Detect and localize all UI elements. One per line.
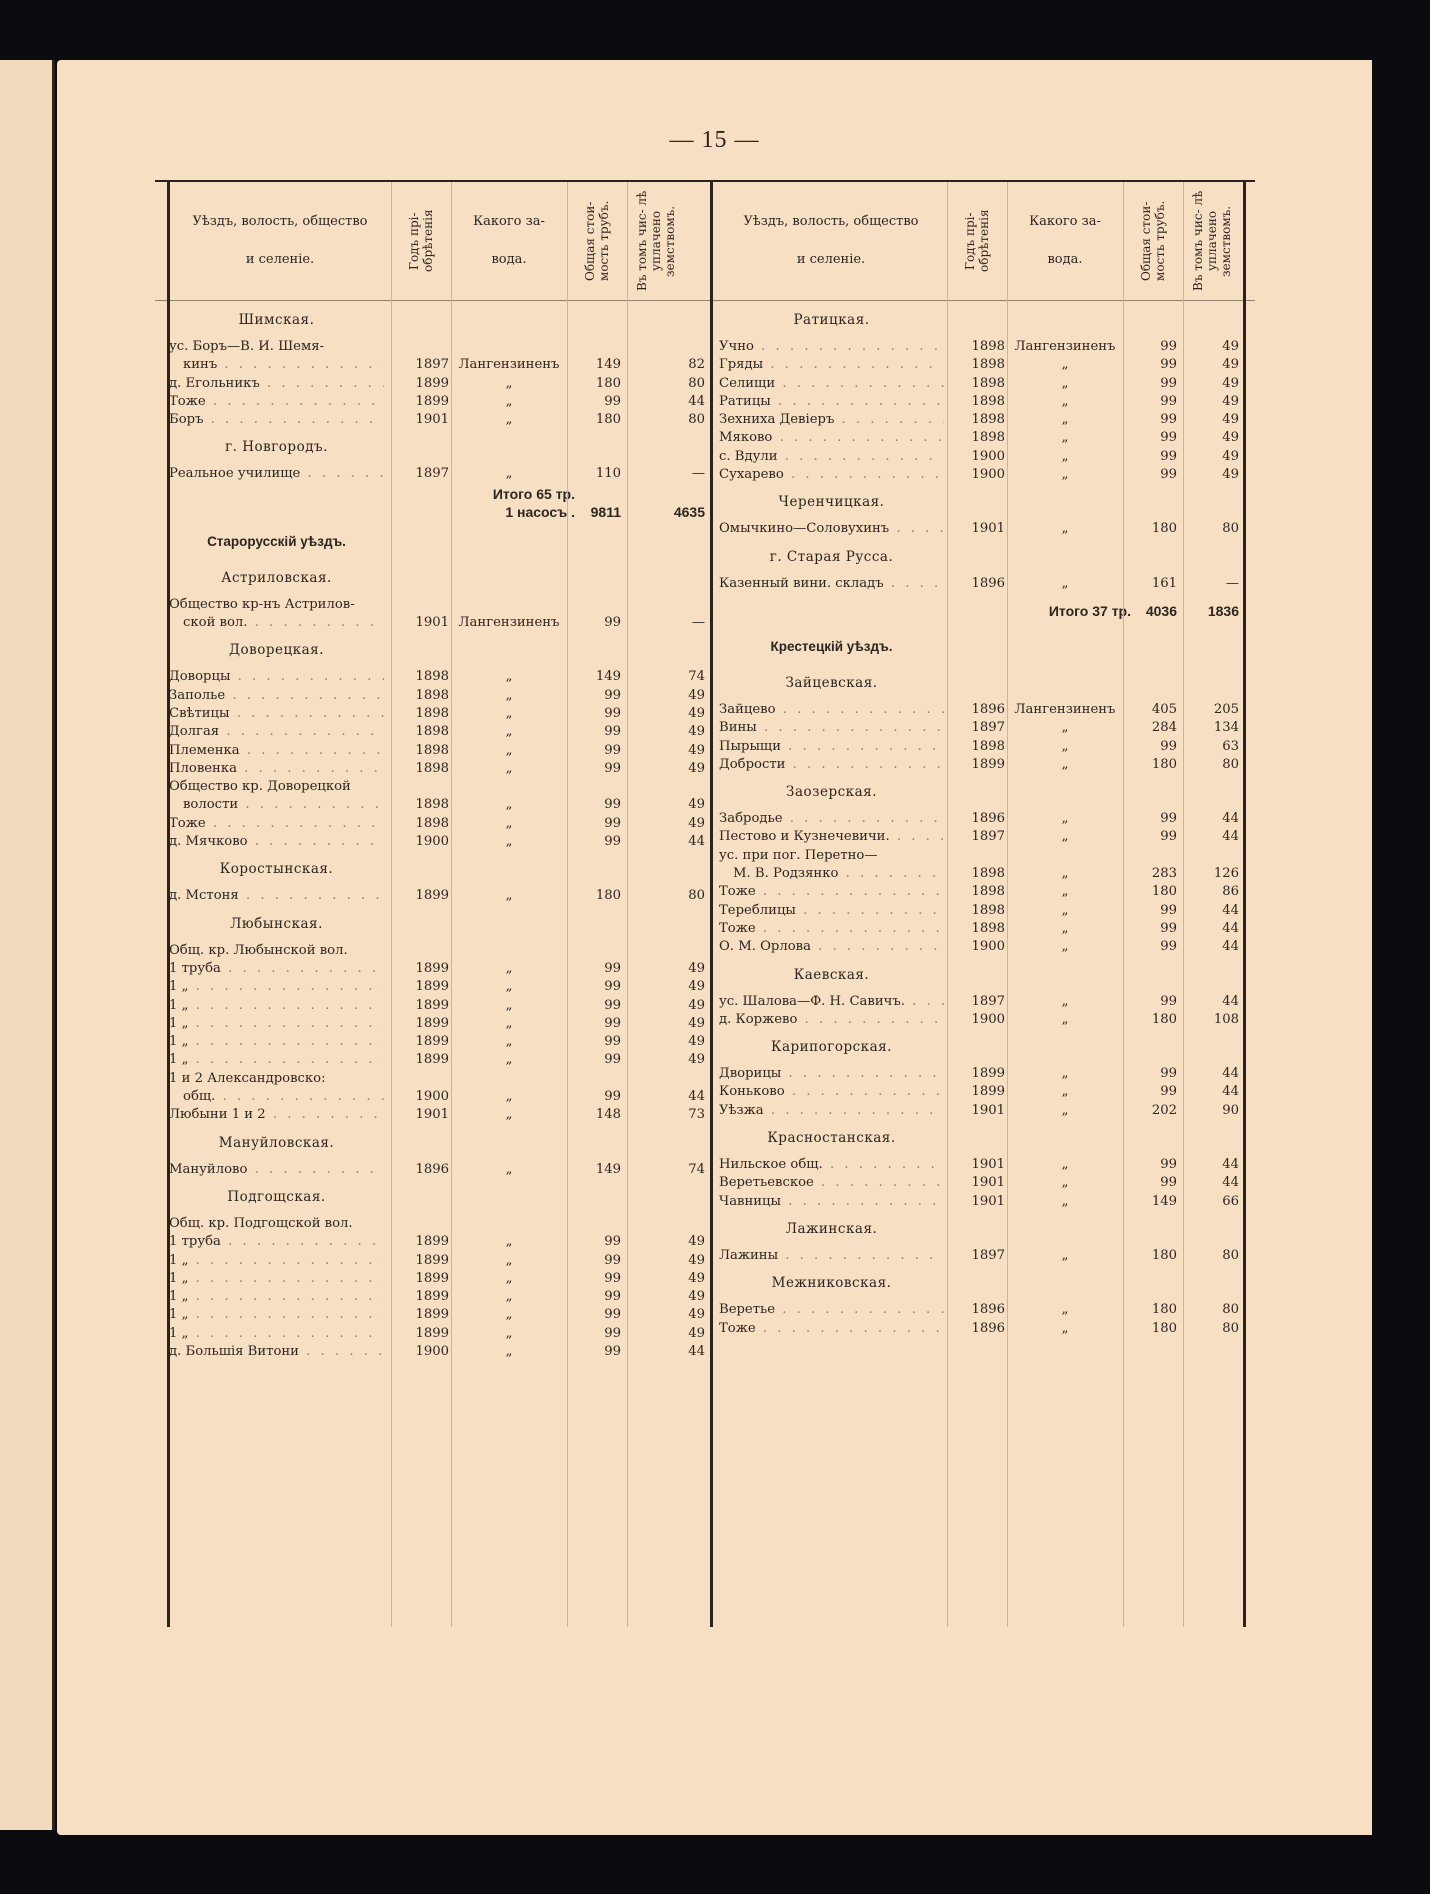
settlement-name: 1 „ . . . . . . . . . . . . . . . (169, 1270, 384, 1288)
year-cell: 1897 (947, 719, 1005, 737)
paid-cell: — (1183, 575, 1239, 593)
header-paid-col: Въ томъ чис- лѣ уплачено земствомъ. (1183, 182, 1241, 300)
year-cell: 1900 (391, 1088, 449, 1106)
paid-cell: 80 (627, 887, 705, 905)
table-row: ус. Боръ—В. И. Шемя- (155, 338, 715, 356)
cost-cell: 99 (1123, 810, 1177, 828)
table-row: Пырыщи . . . . . . . . . . . . . . .1898… (715, 738, 1255, 756)
year-cell: 1901 (947, 1174, 1005, 1192)
settlement-name: Общ. кр. Любынской вол. (169, 942, 384, 960)
settlement-name: общ. . . . . . . . . . . . . . . . (183, 1088, 384, 1106)
table-row: Тоже . . . . . . . . . . . . . . .1898„1… (715, 883, 1255, 901)
leader-dots: . . . . . . . . . . . . . . . (188, 1289, 384, 1304)
leader-dots: . . . . . . . . . . . . . . . (203, 412, 384, 427)
year-cell: 1900 (947, 1011, 1005, 1029)
paid-cell: 90 (1183, 1102, 1239, 1120)
factory-cell: Лангензиненъ (1009, 701, 1121, 719)
year-cell: 1898 (947, 356, 1005, 374)
leader-dots: . . . . . . . . . . . . . . . (247, 615, 384, 630)
leader-dots: . . . . . . . . . . . . . . . (814, 1175, 944, 1190)
paid-cell: 63 (1183, 738, 1239, 756)
cost-cell: 99 (1123, 1083, 1177, 1101)
factory-cell: „ (1009, 1320, 1121, 1338)
year-cell: 1898 (391, 687, 449, 705)
leader-dots: . . . . . . . . . . . . . . . (838, 866, 944, 881)
settlement-name: 1 „ . . . . . . . . . . . . . . . (169, 1288, 384, 1306)
volost-heading: Шимская. (155, 302, 384, 338)
header-text: вода. (1029, 241, 1101, 279)
settlement-name: Гряды . . . . . . . . . . . . . . . (719, 356, 944, 374)
table-row: М. В. Родзянко . . . . . . . . . . . . .… (715, 865, 1255, 883)
paid-cell: 49 (627, 760, 705, 778)
factory-cell: „ (1009, 1193, 1121, 1211)
table-row: Веретьевское . . . . . . . . . . . . . .… (715, 1174, 1255, 1192)
total-cost: 9811 (567, 504, 621, 520)
table-row: общ. . . . . . . . . . . . . . . .1900„9… (155, 1088, 715, 1106)
table-row: Зайцево . . . . . . . . . . . . . . .189… (715, 701, 1255, 719)
cost-cell: 99 (567, 1252, 621, 1270)
year-cell: 1898 (947, 338, 1005, 356)
paid-cell: 80 (627, 375, 705, 393)
leader-dots: . . . . . . . . . . . . . . . (783, 811, 944, 826)
cost-cell: 99 (567, 978, 621, 996)
paid-cell: 49 (1183, 356, 1239, 374)
leader-dots: . . . . . . . . . . . . . . . (188, 1307, 384, 1322)
factory-cell: „ (1009, 993, 1121, 1011)
leader-dots: . . . . . . . . . . . . . . . (811, 939, 944, 954)
paid-cell: 49 (1183, 411, 1239, 429)
year-cell: 1898 (947, 411, 1005, 429)
paid-cell: 49 (627, 1033, 705, 1051)
leader-dots: . . . . . . . . . . . . . . . (237, 761, 384, 776)
leader-dots: . . . . . . . . . . . . . . . (300, 466, 384, 481)
settlement-name: Боръ . . . . . . . . . . . . . . . (169, 411, 384, 429)
year-cell: 1899 (391, 978, 449, 996)
factory-cell: „ (453, 815, 565, 833)
year-cell: 1898 (947, 883, 1005, 901)
settlement-name: Омычкино—Соловухинъ . . . . . . . . . . … (719, 520, 944, 538)
paid-cell: 49 (1183, 393, 1239, 411)
year-cell: 1899 (391, 1015, 449, 1033)
paid-cell: 82 (627, 356, 705, 374)
total-paid: 4635 (627, 504, 705, 520)
volost-heading: Коростынская. (155, 851, 384, 887)
leader-dots: . . . . . . . . . . . . . . . (248, 834, 384, 849)
table-row: Уѣзжа . . . . . . . . . . . . . . .1901„… (715, 1102, 1255, 1120)
volost-heading: Карипогорская. (715, 1029, 944, 1065)
factory-cell: „ (453, 393, 565, 411)
settlement-name: Долгая . . . . . . . . . . . . . . . (169, 723, 384, 741)
factory-cell: „ (453, 997, 565, 1015)
settlement-name: Заполье . . . . . . . . . . . . . . . (169, 687, 384, 705)
leader-dots: . . . . . . . . . . . . . . . (756, 921, 944, 936)
cost-cell: 99 (1123, 375, 1177, 393)
table-row: Вины . . . . . . . . . . . . . . .1897„2… (715, 719, 1255, 737)
document-page: — 15 — Уѣздъ, волость, обществои селеніе… (57, 60, 1372, 1835)
factory-cell: „ (453, 760, 565, 778)
factory-cell: „ (1009, 429, 1121, 447)
cost-cell: 99 (1123, 338, 1177, 356)
factory-cell: Лангензиненъ (453, 614, 565, 632)
cost-cell: 180 (1123, 883, 1177, 901)
paid-cell: 44 (627, 1088, 705, 1106)
leader-dots: . . . . . . . . . . . . . . . (188, 1326, 384, 1341)
table-row: Сухарево . . . . . . . . . . . . . . .19… (715, 466, 1255, 484)
year-cell: 1899 (391, 393, 449, 411)
year-cell: 1901 (391, 411, 449, 429)
volost-heading: Ратицкая. (715, 302, 944, 338)
year-cell: 1899 (391, 1270, 449, 1288)
leader-dots: . . . . . . . . . . . . . . . (781, 739, 944, 754)
year-cell: 1901 (391, 1106, 449, 1124)
settlement-name: Коньково . . . . . . . . . . . . . . . (719, 1083, 944, 1101)
paid-cell: 205 (1183, 701, 1239, 719)
table-row: Добрости . . . . . . . . . . . . . . .18… (715, 756, 1255, 774)
cost-cell: 149 (1123, 1193, 1177, 1211)
column-rule (451, 182, 452, 1627)
table-row: Зехниха Девіеръ . . . . . . . . . . . . … (715, 411, 1255, 429)
paid-cell: 49 (627, 687, 705, 705)
leader-dots: . . . . . . . . . . . . . . . (823, 1157, 944, 1172)
paid-cell: — (627, 465, 705, 483)
table-row: 1 „ . . . . . . . . . . . . . . .1899„99… (155, 1306, 715, 1324)
table-row: Пловенка . . . . . . . . . . . . . . .18… (155, 760, 715, 778)
paid-cell: 44 (627, 1343, 705, 1361)
cost-cell: 110 (567, 465, 621, 483)
table-row: волости . . . . . . . . . . . . . . .189… (155, 796, 715, 814)
cost-cell: 99 (567, 393, 621, 411)
year-cell: 1900 (947, 938, 1005, 956)
paid-cell: 80 (1183, 520, 1239, 538)
volost-heading: Мануйловская. (155, 1125, 384, 1161)
table-row: д. Егольникъ . . . . . . . . . . . . . .… (155, 375, 715, 393)
paid-cell: 74 (627, 668, 705, 686)
leader-dots: . . . . . . . . . . . . . . . (756, 884, 944, 899)
cost-cell: 99 (567, 997, 621, 1015)
factory-cell: „ (1009, 938, 1121, 956)
paid-cell: 49 (627, 1306, 705, 1324)
settlement-name: Селищи . . . . . . . . . . . . . . . (719, 375, 944, 393)
year-cell: 1899 (391, 1288, 449, 1306)
factory-cell: „ (1009, 756, 1121, 774)
year-cell: 1896 (391, 1161, 449, 1179)
cost-cell: 405 (1123, 701, 1177, 719)
paid-cell: 44 (627, 393, 705, 411)
paid-cell: 49 (1183, 429, 1239, 447)
settlement-name: Свѣтицы . . . . . . . . . . . . . . . (169, 705, 384, 723)
year-cell: 1898 (391, 705, 449, 723)
settlement-name: М. В. Родзянко . . . . . . . . . . . . .… (733, 865, 944, 883)
table-row: 1 „ . . . . . . . . . . . . . . .1899„99… (155, 1325, 715, 1343)
factory-cell: Лангензиненъ (453, 356, 565, 374)
settlement-name: ус. Боръ—В. И. Шемя- (169, 338, 389, 356)
cost-cell: 99 (567, 760, 621, 778)
year-cell: 1901 (947, 520, 1005, 538)
table-row: Боръ . . . . . . . . . . . . . . .1901„1… (155, 411, 715, 429)
year-cell: 1899 (391, 375, 449, 393)
settlement-name: Пловенка . . . . . . . . . . . . . . . (169, 760, 384, 778)
cost-cell: 99 (567, 1306, 621, 1324)
cost-cell: 148 (567, 1106, 621, 1124)
header-text: Уѣздъ, волость, общество (744, 203, 919, 241)
paid-cell: 44 (1183, 1065, 1239, 1083)
year-cell: 1898 (391, 723, 449, 741)
paid-cell: 49 (1183, 466, 1239, 484)
leader-dots: . . . . . . . . . . . . . . . (230, 706, 384, 721)
table-row: с. Вдули . . . . . . . . . . . . . . .19… (715, 448, 1255, 466)
cost-cell: 99 (1123, 993, 1177, 1011)
leader-dots: . . . . . . . . . . . . . . . (221, 961, 384, 976)
year-cell: 1899 (391, 960, 449, 978)
volost-heading: Красностанская. (715, 1120, 944, 1156)
settlement-name: Тереблицы . . . . . . . . . . . . . . . (719, 902, 944, 920)
table-row: 1 и 2 Александровско: (155, 1070, 715, 1088)
table-row: Селищи . . . . . . . . . . . . . . .1898… (715, 375, 1255, 393)
header-text: Какого за- (473, 203, 545, 241)
settlement-name: Забродье . . . . . . . . . . . . . . . (719, 810, 944, 828)
header-text: и селеніе. (744, 241, 919, 279)
factory-cell: „ (1009, 719, 1121, 737)
paid-cell: 49 (1183, 375, 1239, 393)
cost-cell: 99 (567, 705, 621, 723)
settlement-name: Тоже . . . . . . . . . . . . . . . (169, 815, 384, 833)
cost-cell: 149 (567, 1161, 621, 1179)
leader-dots: . . . . . . . . . . . . . . . (834, 412, 944, 427)
year-cell: 1899 (391, 1051, 449, 1069)
volost-heading: Межниковская. (715, 1265, 944, 1301)
leader-dots: . . . . . . . . . . . . . . . (778, 1248, 944, 1263)
volost-heading: Подгощская. (155, 1179, 384, 1215)
volost-heading: Черенчицкая. (715, 484, 944, 520)
year-cell: 1898 (947, 920, 1005, 938)
year-cell: 1898 (947, 429, 1005, 447)
leader-dots: . . . . . . . . . . . . . . . (796, 903, 944, 918)
year-cell: 1898 (391, 760, 449, 778)
year-cell: 1900 (391, 1343, 449, 1361)
paid-cell: 49 (627, 960, 705, 978)
table-row: Мануйлово . . . . . . . . . . . . . . .1… (155, 1161, 715, 1179)
cost-cell: 149 (567, 356, 621, 374)
settlement-name: 1 „ . . . . . . . . . . . . . . . (169, 997, 384, 1015)
leader-dots: . . . . . . . . . . . . . . . (188, 1271, 384, 1286)
settlement-name: 1 „ . . . . . . . . . . . . . . . (169, 1306, 384, 1324)
settlement-name: 1 „ . . . . . . . . . . . . . . . (169, 1252, 384, 1270)
table-row: Нильское общ. . . . . . . . . . . . . . … (715, 1156, 1255, 1174)
settlement-name: Тоже . . . . . . . . . . . . . . . (169, 393, 384, 411)
header-text: Въ томъ чис- лѣ уплачено земствомъ. (635, 182, 677, 300)
year-cell: 1898 (391, 668, 449, 686)
cost-cell: 202 (1123, 1102, 1177, 1120)
leader-dots: . . . . . . . . . . . . . . . (757, 720, 944, 735)
settlement-name: 1 „ . . . . . . . . . . . . . . . (169, 1015, 384, 1033)
leader-dots: . . . . . . . . . . . . . . . (776, 702, 944, 717)
header-cost-col: Общая стои- мость трубъ. (567, 182, 627, 300)
settlement-name: 1 труба . . . . . . . . . . . . . . . (169, 1233, 384, 1251)
factory-cell: „ (453, 1233, 565, 1251)
year-cell: 1901 (947, 1102, 1005, 1120)
paid-cell: 49 (627, 1325, 705, 1343)
year-cell: 1899 (391, 1033, 449, 1051)
total-cost: 4036 (1123, 603, 1177, 619)
year-cell: 1899 (391, 1306, 449, 1324)
factory-cell: Лангензиненъ (1009, 338, 1121, 356)
table-row: Заполье . . . . . . . . . . . . . . .189… (155, 687, 715, 705)
table-row: Свѣтицы . . . . . . . . . . . . . . .189… (155, 705, 715, 723)
year-cell: 1897 (947, 1247, 1005, 1265)
paid-cell: 49 (627, 1051, 705, 1069)
cost-cell: 99 (1123, 448, 1177, 466)
year-cell: 1899 (391, 1325, 449, 1343)
settlement-name: Мяково . . . . . . . . . . . . . . . (719, 429, 944, 447)
paid-cell: 44 (1183, 810, 1239, 828)
header-text: Общая стои- мость трубъ. (1139, 182, 1167, 300)
paid-cell: 49 (627, 723, 705, 741)
header-factory-col: Какого за-вода. (1007, 182, 1123, 300)
table-row: Общество кр-нъ Астрилов- (155, 596, 715, 614)
leader-dots: . . . . . . . . . . . . . . . (781, 1066, 944, 1081)
column-rule (1243, 182, 1246, 1627)
column-rule (947, 182, 948, 1627)
factory-cell: „ (453, 1015, 565, 1033)
settlement-name: 1 „ . . . . . . . . . . . . . . . (169, 1051, 384, 1069)
paid-cell: 49 (627, 796, 705, 814)
table-row: ус. при пог. Перетно— (715, 847, 1255, 865)
table-row: Казенный вини. складъ . . . . . . . . . … (715, 575, 1255, 593)
cost-cell: 99 (567, 815, 621, 833)
header-text: Годъ прі- обрѣтенія (963, 182, 991, 300)
year-cell: 1898 (947, 865, 1005, 883)
header-text: Общая стои- мость трубъ. (583, 182, 611, 300)
settlement-name: Общ. кр. Подгощской вол. (169, 1215, 384, 1233)
page-number: — 15 — (57, 127, 1372, 154)
settlement-name: 1 „ . . . . . . . . . . . . . . . (169, 1033, 384, 1051)
paid-cell: 80 (1183, 1320, 1239, 1338)
year-cell: 1897 (391, 465, 449, 483)
column-rule (1007, 182, 1008, 1627)
factory-cell: „ (453, 1088, 565, 1106)
paid-cell: 49 (627, 1015, 705, 1033)
cost-cell: 99 (567, 1051, 621, 1069)
paid-cell: 44 (1183, 1083, 1239, 1101)
settlement-name: Добрости . . . . . . . . . . . . . . . (719, 756, 944, 774)
factory-cell: „ (1009, 810, 1121, 828)
table-row: Общ. кр. Любынской вол. (155, 942, 715, 960)
leader-dots: . . . . . . . . . . . . . . . (260, 376, 384, 391)
leader-dots: . . . . . . . . . . . . . . . (299, 1344, 384, 1359)
settlement-name: Тоже . . . . . . . . . . . . . . . (719, 920, 944, 938)
settlement-name: Учно . . . . . . . . . . . . . . . (719, 338, 944, 356)
factory-cell: „ (1009, 375, 1121, 393)
cost-cell: 180 (1123, 1301, 1177, 1319)
paid-cell: 134 (1183, 719, 1239, 737)
volost-heading: г. Новгородъ. (155, 429, 384, 465)
settlement-name: д. Большія Витони . . . . . . . . . . . … (169, 1343, 384, 1361)
header-text: Какого за- (1029, 203, 1101, 241)
table-row: 1 „ . . . . . . . . . . . . . . .1899„99… (155, 1288, 715, 1306)
column-rule (567, 182, 568, 1627)
total-paid: 1836 (1183, 603, 1239, 619)
paid-cell: 80 (1183, 1301, 1239, 1319)
settlement-name: 1 „ . . . . . . . . . . . . . . . (169, 1325, 384, 1343)
table-row: Долгая . . . . . . . . . . . . . . .1898… (155, 723, 715, 741)
year-cell: 1896 (947, 575, 1005, 593)
factory-cell: „ (453, 687, 565, 705)
settlement-name: ус. при пог. Перетно— (719, 847, 939, 865)
table-row: ской вол. . . . . . . . . . . . . . . .1… (155, 614, 715, 632)
factory-cell: „ (453, 465, 565, 483)
paid-cell: 44 (1183, 1156, 1239, 1174)
paid-cell: 80 (627, 411, 705, 429)
cost-cell: 99 (567, 833, 621, 851)
settlement-name: Зехниха Девіеръ . . . . . . . . . . . . … (719, 411, 944, 429)
cost-cell: 180 (1123, 1247, 1177, 1265)
paid-cell: 73 (627, 1106, 705, 1124)
cost-cell: 99 (567, 687, 621, 705)
factory-cell: „ (453, 1270, 565, 1288)
cost-cell: 99 (1123, 828, 1177, 846)
table-row: Коньково . . . . . . . . . . . . . . .18… (715, 1083, 1255, 1101)
leader-dots: . . . . . . . . . . . . . . . (775, 376, 944, 391)
leader-dots: . . . . . . . . . . . . . . . (764, 1103, 944, 1118)
leader-dots: . . . . . . . . . . . . . . . (206, 816, 384, 831)
year-cell: 1901 (947, 1156, 1005, 1174)
settlement-name: ской вол. . . . . . . . . . . . . . . . (183, 614, 384, 632)
table-row: 1 труба . . . . . . . . . . . . . . .189… (155, 960, 715, 978)
volost-heading: Каевская. (715, 957, 944, 993)
paid-cell: 49 (627, 1288, 705, 1306)
factory-cell: „ (1009, 356, 1121, 374)
settlement-name: д. Егольникъ . . . . . . . . . . . . . .… (169, 375, 384, 393)
factory-cell: „ (453, 960, 565, 978)
factory-cell: „ (453, 1306, 565, 1324)
settlement-name: д. Мячково . . . . . . . . . . . . . . . (169, 833, 384, 851)
cost-cell: 180 (1123, 1320, 1177, 1338)
settlement-name: кинъ . . . . . . . . . . . . . . . (183, 356, 384, 374)
leader-dots: . . . . . . . . . . . . . . . (239, 888, 384, 903)
settlement-name: Нильское общ. . . . . . . . . . . . . . … (719, 1156, 944, 1174)
settlement-name: Общество кр. Доворецкой (169, 778, 389, 796)
table-row: Тоже . . . . . . . . . . . . . . .1898„9… (155, 815, 715, 833)
leader-dots: . . . . . . . . . . . . . . . (230, 669, 384, 684)
volost-heading: Астриловская. (155, 560, 384, 596)
year-cell: 1896 (947, 810, 1005, 828)
district-heading: Крестецкій уѣздъ. (715, 629, 944, 665)
factory-cell: „ (1009, 1301, 1121, 1319)
settlement-name: волости . . . . . . . . . . . . . . . (183, 796, 384, 814)
factory-cell: „ (1009, 1156, 1121, 1174)
year-cell: 1897 (947, 828, 1005, 846)
column-rule (1123, 182, 1124, 1627)
column-rule (391, 182, 392, 1627)
previous-page-edge (0, 60, 55, 1830)
volost-heading: Доворецкая. (155, 632, 384, 668)
settlement-name: Пестово и Кузнечевичи. . . . . . . . . .… (719, 828, 944, 846)
factory-cell: „ (453, 723, 565, 741)
cost-cell: 99 (567, 1233, 621, 1251)
paid-cell: 49 (1183, 338, 1239, 356)
cost-cell: 99 (1123, 738, 1177, 756)
header-text: Въ томъ чис- лѣ уплачено земствомъ. (1191, 182, 1233, 300)
cost-cell: 180 (567, 887, 621, 905)
paid-cell: 86 (1183, 883, 1239, 901)
cost-cell: 99 (1123, 411, 1177, 429)
leader-dots: . . . . . . . . . . . . . . . (215, 1089, 384, 1104)
factory-cell: „ (1009, 1174, 1121, 1192)
cost-cell: 99 (567, 1270, 621, 1288)
table-row: Мяково . . . . . . . . . . . . . . .1898… (715, 429, 1255, 447)
leader-dots: . . . . . . . . . . . . . . . (188, 1016, 384, 1031)
settlement-name: Тоже . . . . . . . . . . . . . . . (719, 883, 944, 901)
